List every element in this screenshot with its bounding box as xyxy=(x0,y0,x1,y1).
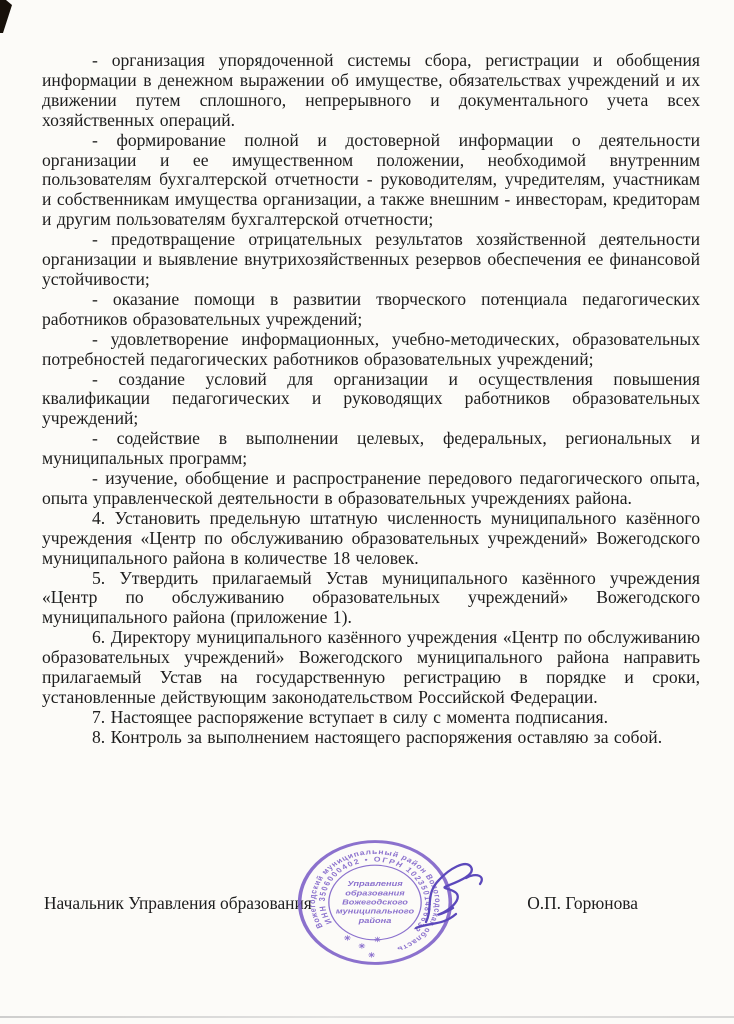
document-body: - организация упорядоченной системы сбор… xyxy=(42,51,700,748)
svg-text:района: района xyxy=(358,916,392,925)
paragraph: - изучение, обобщение и распространение … xyxy=(42,469,700,509)
paragraph: 7. Настоящее распоряжение вступает в сил… xyxy=(42,708,700,728)
paragraph: - оказание помощи в развитии творческого… xyxy=(42,290,700,330)
paragraph: - создание условий для организации и осу… xyxy=(42,370,700,430)
svg-text:✳: ✳ xyxy=(374,936,382,944)
paragraph: - содействие в выполнении целевых, федер… xyxy=(42,429,700,469)
svg-text:✳: ✳ xyxy=(368,951,376,959)
paragraph: - предотвращение отрицательных результат… xyxy=(42,230,700,290)
paragraph: - организация упорядоченной системы сбор… xyxy=(42,51,700,131)
paragraph: 4. Установить предельную штатную численн… xyxy=(42,509,700,569)
svg-text:✳: ✳ xyxy=(358,942,366,950)
scanned-document-page: - организация упорядоченной системы сбор… xyxy=(0,0,734,1024)
scan-bottom-edge xyxy=(0,1016,734,1018)
paragraph: 8. Контроль за выполнением настоящего ра… xyxy=(42,728,700,748)
scan-corner-artifact xyxy=(0,0,12,33)
svg-text:Управления: Управления xyxy=(347,879,402,888)
signer-position: Начальник Управления образования xyxy=(44,893,312,914)
paragraph: 5. Утвердить прилагаемый Устав муниципал… xyxy=(42,569,700,629)
signer-name: О.П. Горюнова xyxy=(527,893,638,914)
paragraph: - удовлетворение информационных, учебно-… xyxy=(42,330,700,370)
svg-text:✳: ✳ xyxy=(344,934,352,942)
handwritten-signature xyxy=(396,848,514,940)
paragraph: 6. Директору муниципального казённого уч… xyxy=(42,628,700,708)
paragraph: - формирование полной и достоверной инфо… xyxy=(42,131,700,231)
